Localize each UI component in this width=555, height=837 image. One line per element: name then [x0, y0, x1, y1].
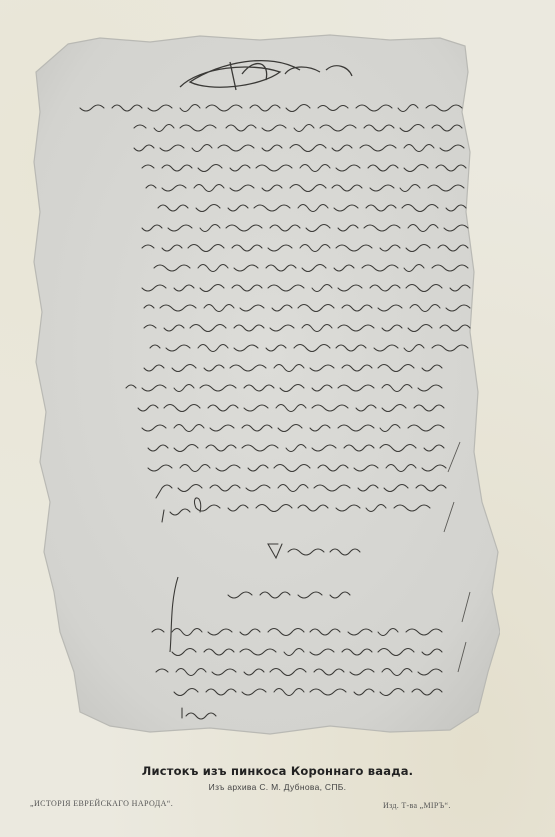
handwriting-body — [30, 32, 500, 738]
caption-title: Листокъ изъ пинкоса Короннаго ваада. — [0, 764, 555, 778]
footer-publisher: Изд. Т-ва „МІРЪ“. — [383, 801, 451, 810]
manuscript-leaf: עסל חלה עד כאן חכמוהא עד נכוי פנוח מהחלב… — [30, 32, 500, 738]
manuscript-text-lines — [30, 32, 500, 738]
caption-subtitle: Изъ архива С. М. Дубнова, СПБ. — [0, 782, 555, 792]
footer-series-title: „ИСТОРІЯ ЕВРЕЙСКАГО НАРОДА“. — [30, 799, 173, 808]
